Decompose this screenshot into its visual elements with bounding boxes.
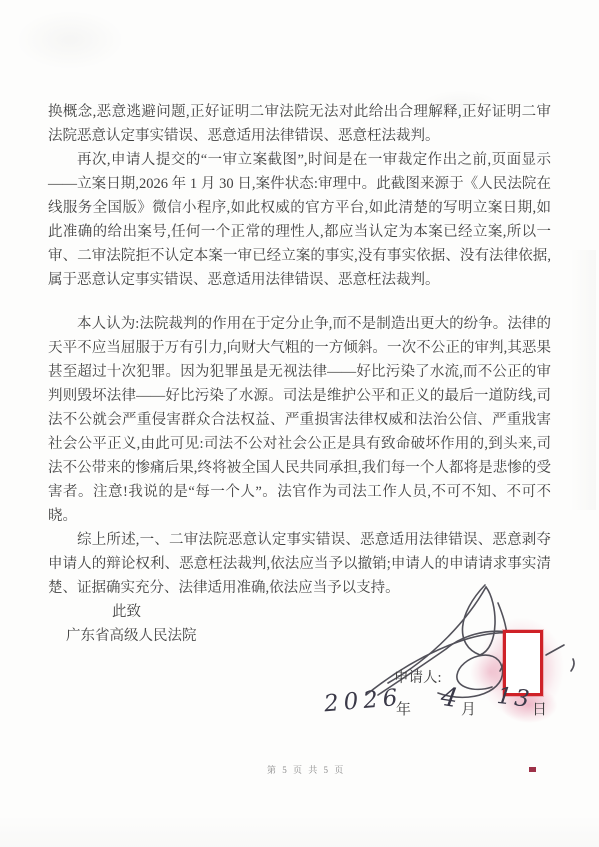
scan-smudge — [0, 815, 599, 847]
year-unit-label: 年 — [396, 698, 411, 719]
paragraph-case-filing-screenshot: 再次,申请人提交的“一审立案截图”,时间是在一审裁定作出之前,页面显示——立案日… — [48, 148, 551, 292]
page-number-indicator: 第 5 页 共 5 页 — [267, 763, 345, 776]
paragraph-personal-opinion: 本人认为:法院裁判的作用在于定分止争,而不是制造出更大的纷争。法律的天平不应当屈… — [48, 312, 551, 528]
scan-smudge — [15, 10, 125, 70]
month-unit-label: 月 — [461, 698, 476, 719]
paragraph-continuation: 换概念,恶意逃避问题,正好证明二审法院无法对此给出合理解释,正好证明二审法院恶意… — [48, 100, 551, 148]
scanned-document-page: 换概念,恶意逃避问题,正好证明二审法院无法对此给出合理解释,正好证明二审法院恶意… — [0, 0, 599, 847]
scan-smudge — [570, 250, 596, 510]
day-unit-label: 日 — [532, 698, 547, 719]
red-corner-mark — [529, 767, 536, 772]
handwritten-day: 13 — [496, 683, 534, 713]
document-body: 换概念,恶意逃避问题,正好证明二审法院无法对此给出合理解释,正好证明二审法院恶意… — [48, 100, 551, 648]
